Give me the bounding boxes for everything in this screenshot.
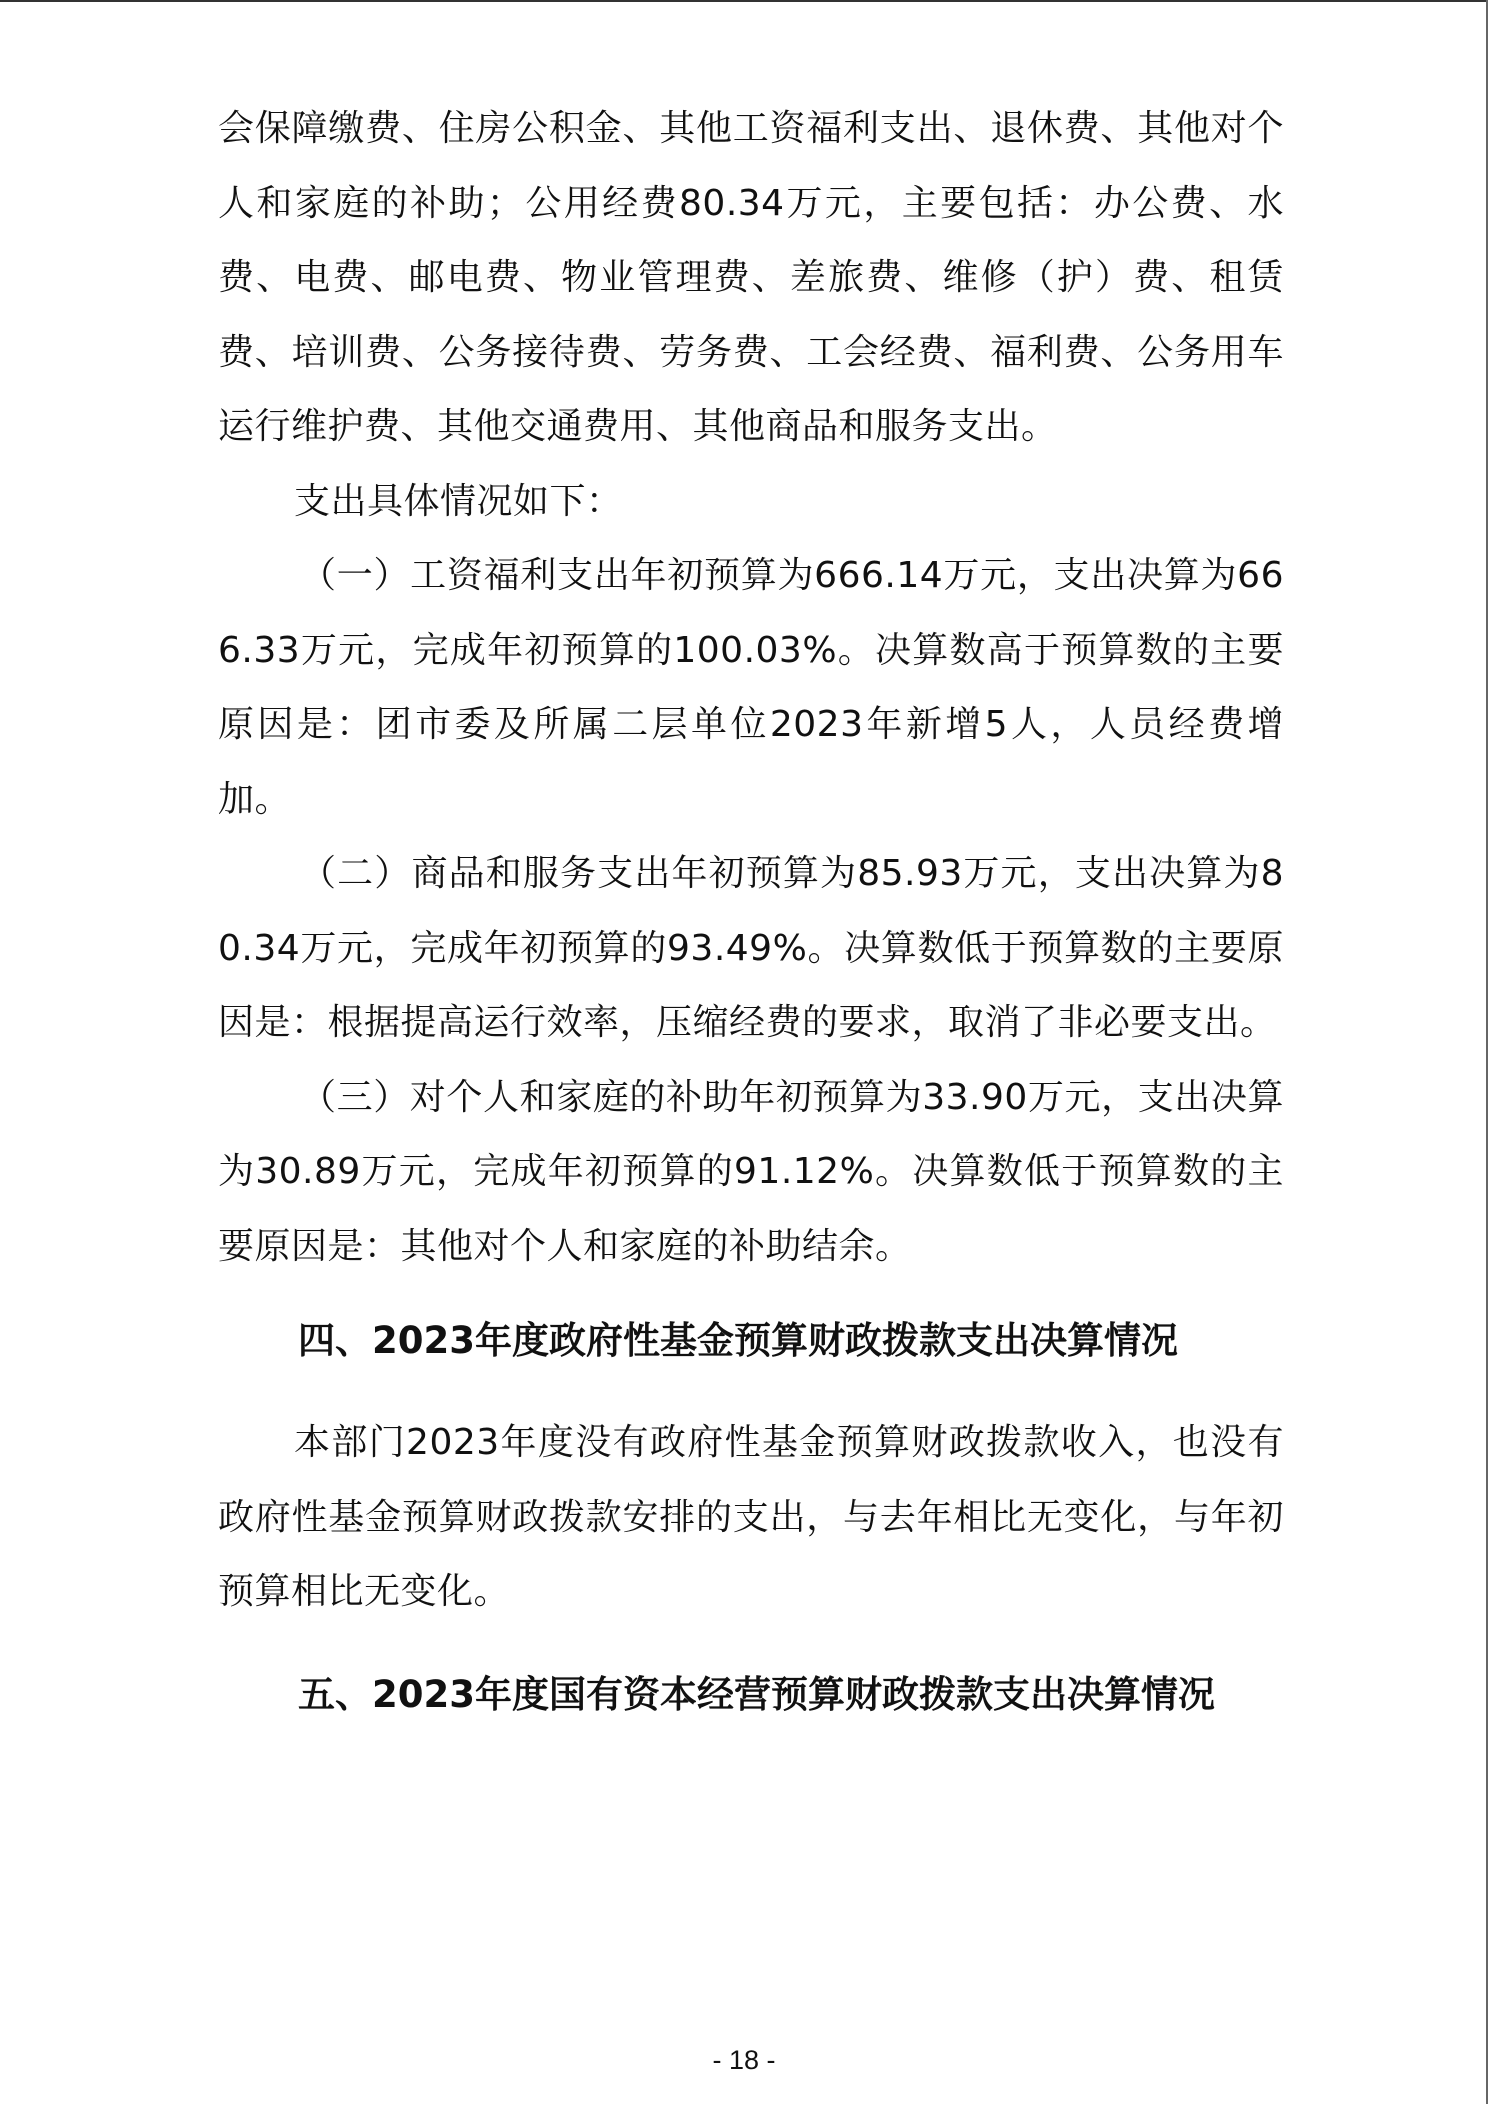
section-heading-government-fund: 四、2023年度政府性基金预算财政拨款支出决算情况 xyxy=(218,1304,1284,1378)
section-heading-state-capital: 五、2023年度国有资本经营预算财政拨款支出决算情况 xyxy=(218,1658,1284,1732)
paragraph-item-household-subsidy: （三）对个人和家庭的补助年初预算为33.90万元，支出决算为30.89万元，完成… xyxy=(218,1061,1284,1285)
paragraph-expenditure-intro: 支出具体情况如下： xyxy=(218,465,1284,540)
paragraph-item-goods-services: （二）商品和服务支出年初预算为85.93万元，支出决算为80.34万元，完成年初… xyxy=(218,837,1284,1061)
paragraph-personnel-public-expenses: 会保障缴费、住房公积金、其他工资福利支出、退休费、其他对个人和家庭的补助；公用经… xyxy=(218,92,1284,465)
page-border-top xyxy=(0,0,1488,2)
paragraph-government-fund: 本部门2023年度没有政府性基金预算财政拨款收入，也没有政府性基金预算财政拨款安… xyxy=(218,1406,1284,1630)
document-body: 会保障缴费、住房公积金、其他工资福利支出、退休费、其他对个人和家庭的补助；公用经… xyxy=(218,92,1284,1732)
page-number: - 18 - xyxy=(0,2045,1488,2076)
paragraph-item-wages-benefits: （一）工资福利支出年初预算为666.14万元，支出决算为666.33万元，完成年… xyxy=(218,539,1284,837)
